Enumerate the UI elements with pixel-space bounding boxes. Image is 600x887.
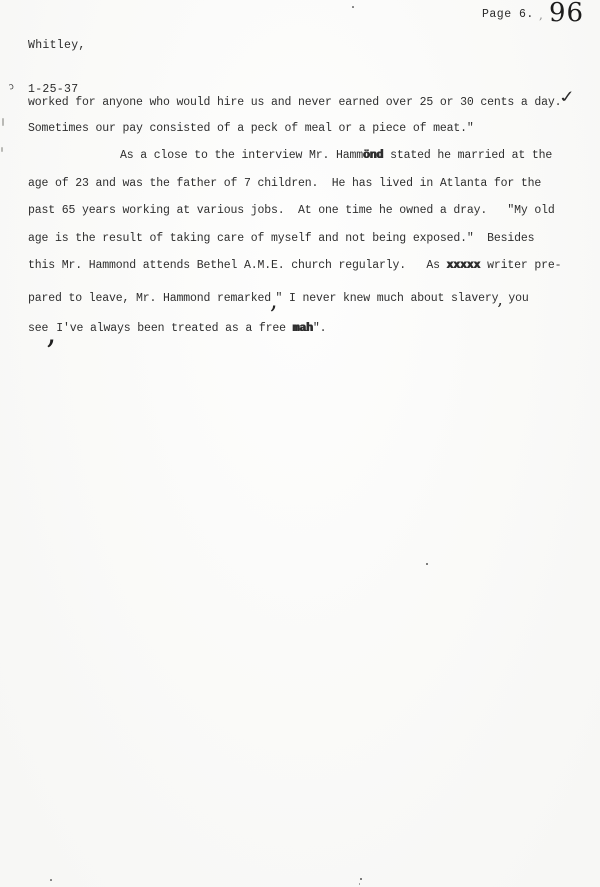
text-line: this Mr. Hammond attends Bethel A.M.E. c…	[28, 252, 584, 280]
text-line: As a close to the interview Mr. Hammönd …	[28, 142, 584, 170]
typed-body: worked for anyone who would hire us and …	[28, 87, 584, 335]
text-segment: As a close to the interview Mr. Hamm	[120, 149, 363, 162]
text-line: age of 23 and was the father of 7 childr…	[28, 170, 584, 198]
scan-edge-tick	[2, 118, 4, 126]
text-segment: I've always been treated as a free	[56, 322, 292, 335]
text-line: see,I've always been treated as a free m…	[28, 307, 584, 335]
overstruck-text-segment: mah	[293, 322, 313, 335]
text-line: pared to leave, Mr. Hammond remarked," I…	[28, 280, 584, 308]
pen-comma-artifact: ,	[539, 8, 543, 22]
pen-check-mark: ✓	[557, 82, 579, 112]
pen-comma-mark: ,	[270, 286, 277, 314]
pen-comma-mark: ,	[497, 290, 502, 310]
overstruck-text-segment: önd	[363, 149, 383, 162]
scan-edge-tick	[1, 147, 3, 152]
text-segment: pared to leave, Mr. Hammond remarked	[28, 292, 271, 305]
overstruck-text-segment: xxxxx	[447, 259, 481, 272]
scan-speck	[426, 563, 428, 565]
text-segment: " I never knew much about slavery	[276, 292, 499, 305]
page-number-label: Page 6.	[482, 8, 534, 21]
author-name: Whitley,	[28, 39, 86, 54]
text-segment: Sometimes our pay consisted of a peck of…	[28, 122, 474, 135]
scan-speck	[352, 6, 354, 8]
scan-speck	[360, 878, 362, 880]
text-segment: age is the result of taking care of myse…	[28, 232, 534, 245]
text-segment: stated he married at the	[383, 149, 552, 162]
text-segment: past 65 years working at various jobs. A…	[28, 204, 555, 217]
text-segment: ".	[313, 322, 327, 335]
text-segment: age of 23 and was the father of 7 childr…	[28, 177, 541, 190]
text-line: Sometimes our pay consisted of a peck of…	[28, 115, 584, 143]
text-line: age is the result of taking care of myse…	[28, 225, 584, 253]
scanned-document-page: { "header": { "author": "Whitley,", "dat…	[0, 0, 600, 887]
scan-speck	[359, 883, 360, 885]
stamped-page-number: 96	[549, 0, 584, 28]
text-line: past 65 years working at various jobs. A…	[28, 197, 584, 225]
scan-speck	[50, 879, 52, 881]
text-segment: worked for anyone who would hire us and …	[28, 96, 561, 109]
text-segment: writer pre-	[480, 259, 561, 272]
pen-comma-mark: ,	[46, 313, 56, 351]
text-segment: you	[502, 292, 529, 305]
text-segment: this Mr. Hammond attends Bethel A.M.E. c…	[28, 259, 447, 272]
text-line: worked for anyone who would hire us and …	[28, 87, 584, 115]
pen-squiggle-mark: ɔ	[8, 82, 15, 93]
